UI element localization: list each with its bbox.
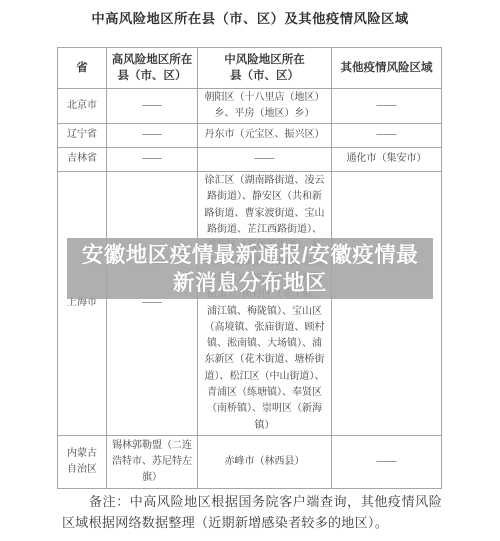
table-row: 辽宁省 —— 丹东市（元宝区、振兴区） —— <box>58 124 442 148</box>
cell-medium-risk: 赤峰市（林西县） <box>198 436 332 489</box>
text-line: 镇、淞南镇、大场镇）、浦 <box>200 336 329 352</box>
text-line: —— <box>334 454 439 470</box>
cell-high-risk: —— <box>107 148 198 172</box>
cell-province: 辽宁省 <box>58 124 107 148</box>
text-line: 路街道）、静安区（共和新 <box>200 189 329 205</box>
text-line: 锡林郭勒盟（二连 <box>109 438 195 454</box>
cell-province: 上海市 <box>58 172 107 436</box>
text-line: 道）、松江区（中山街道）、 <box>200 369 329 385</box>
header-other-risk: 其他疫情风险区域 <box>332 48 442 89</box>
text-line: （南桥镇）、崇明区（新海 <box>200 401 329 417</box>
text-line: 县（市、区） <box>109 68 195 84</box>
cell-other-risk: 通化市（集安市） <box>332 148 442 172</box>
footnote: 备注：中高风险地区根据国务院客户端查询，其他疫情风险区域根据网络数据整理（近期新… <box>62 492 442 533</box>
table-header-row: 省 高风险地区所在县（市、区） 中风险地区所在县（市、区） 其他疫情风险区域 <box>58 48 442 89</box>
text-line: 高风险地区所在 <box>109 52 195 68</box>
overlay-banner-line2: 新消息分布地区 <box>173 269 327 297</box>
cell-high-risk: —— <box>107 89 198 124</box>
text-line: —— <box>109 98 195 114</box>
cell-other-risk <box>332 172 442 436</box>
text-line: 通化市（集安市） <box>334 151 439 167</box>
text-line: —— <box>200 151 329 167</box>
text-line: 路街道、芷江西路街道）、 <box>200 222 329 238</box>
header-high-risk: 高风险地区所在县（市、区） <box>107 48 198 89</box>
text-line: —— <box>334 127 439 143</box>
text-line: 辽宁省 <box>60 127 104 143</box>
cell-high-risk: 锡林郭勒盟（二连浩特市、苏尼特左旗） <box>107 436 198 489</box>
text-line: 东新区（花木街道、塘桥街 <box>200 352 329 368</box>
text-line: —— <box>109 127 195 143</box>
text-line: 朝阳区（十八里店（地区） <box>200 90 329 106</box>
cell-other-risk: —— <box>332 436 442 489</box>
text-line: 北京市 <box>60 98 104 114</box>
text-line: 内蒙古 <box>60 446 104 462</box>
text-line: —— <box>334 98 439 114</box>
text-line: 旗） <box>109 470 195 486</box>
page-title: 中高风险地区所在县（市、区）及其他疫情风险区域 <box>0 8 500 27</box>
text-line: 乡、平房（地区）乡） <box>200 106 329 122</box>
text-line: 路街道、曹家渡街道、宝山 <box>200 206 329 222</box>
text-line: 徐汇区（湖南路街道、凌云 <box>200 173 329 189</box>
cell-province: 内蒙古自治区 <box>58 436 107 489</box>
text-line: 中风险地区所在 <box>200 52 329 68</box>
text-line: 吉林省 <box>60 151 104 167</box>
header-province: 省 <box>58 48 107 89</box>
text-line: 省 <box>60 60 104 76</box>
text-line: 赤峰市（林西县） <box>200 454 329 470</box>
overlay-banner-line1: 安徽地区疫情最新通报/安徽疫情最 <box>82 241 418 269</box>
text-line: —— <box>109 151 195 167</box>
table-row: 内蒙古自治区 锡林郭勒盟（二连浩特市、苏尼特左旗） 赤峰市（林西县） —— <box>58 436 442 489</box>
cell-medium-risk: 徐汇区（湖南路街道、凌云路街道）、静安区（共和新路街道、曹家渡街道、宝山路街道、… <box>198 172 332 436</box>
text-line: 自治区 <box>60 462 104 478</box>
header-medium-risk: 中风险地区所在县（市、区） <box>198 48 332 89</box>
cell-province: 吉林省 <box>58 148 107 172</box>
cell-high-risk: —— <box>107 172 198 436</box>
cell-other-risk: —— <box>332 124 442 148</box>
text-line: 浩特市、苏尼特左 <box>109 454 195 470</box>
cell-other-risk: —— <box>332 89 442 124</box>
cell-medium-risk: 丹东市（元宝区、振兴区） <box>198 124 332 148</box>
text-line: 青浦区（练塘镇）、奉贤区 <box>200 385 329 401</box>
cell-high-risk: —— <box>107 124 198 148</box>
cell-medium-risk: —— <box>198 148 332 172</box>
cell-province: 北京市 <box>58 89 107 124</box>
text-line: 镇） <box>200 418 329 434</box>
table-row: 上海市 —— 徐汇区（湖南路街道、凌云路街道）、静安区（共和新路街道、曹家渡街道… <box>58 172 442 436</box>
text-line: 其他疫情风险区域 <box>334 60 439 76</box>
text-line: 丹东市（元宝区、振兴区） <box>200 127 329 143</box>
cell-medium-risk: 朝阳区（十八里店（地区）乡、平房（地区）乡） <box>198 89 332 124</box>
table-row: 吉林省 —— —— 通化市（集安市） <box>58 148 442 172</box>
text-line: 县（市、区） <box>200 68 329 84</box>
table-row: 北京市 —— 朝阳区（十八里店（地区）乡、平房（地区）乡） —— <box>58 89 442 124</box>
text-line: （高境镇、张庙街道、顾村 <box>200 320 329 336</box>
overlay-banner: 安徽地区疫情最新通报/安徽疫情最 新消息分布地区 <box>67 238 433 299</box>
text-line: 浦江镇、梅陇镇）、宝山区 <box>200 304 329 320</box>
